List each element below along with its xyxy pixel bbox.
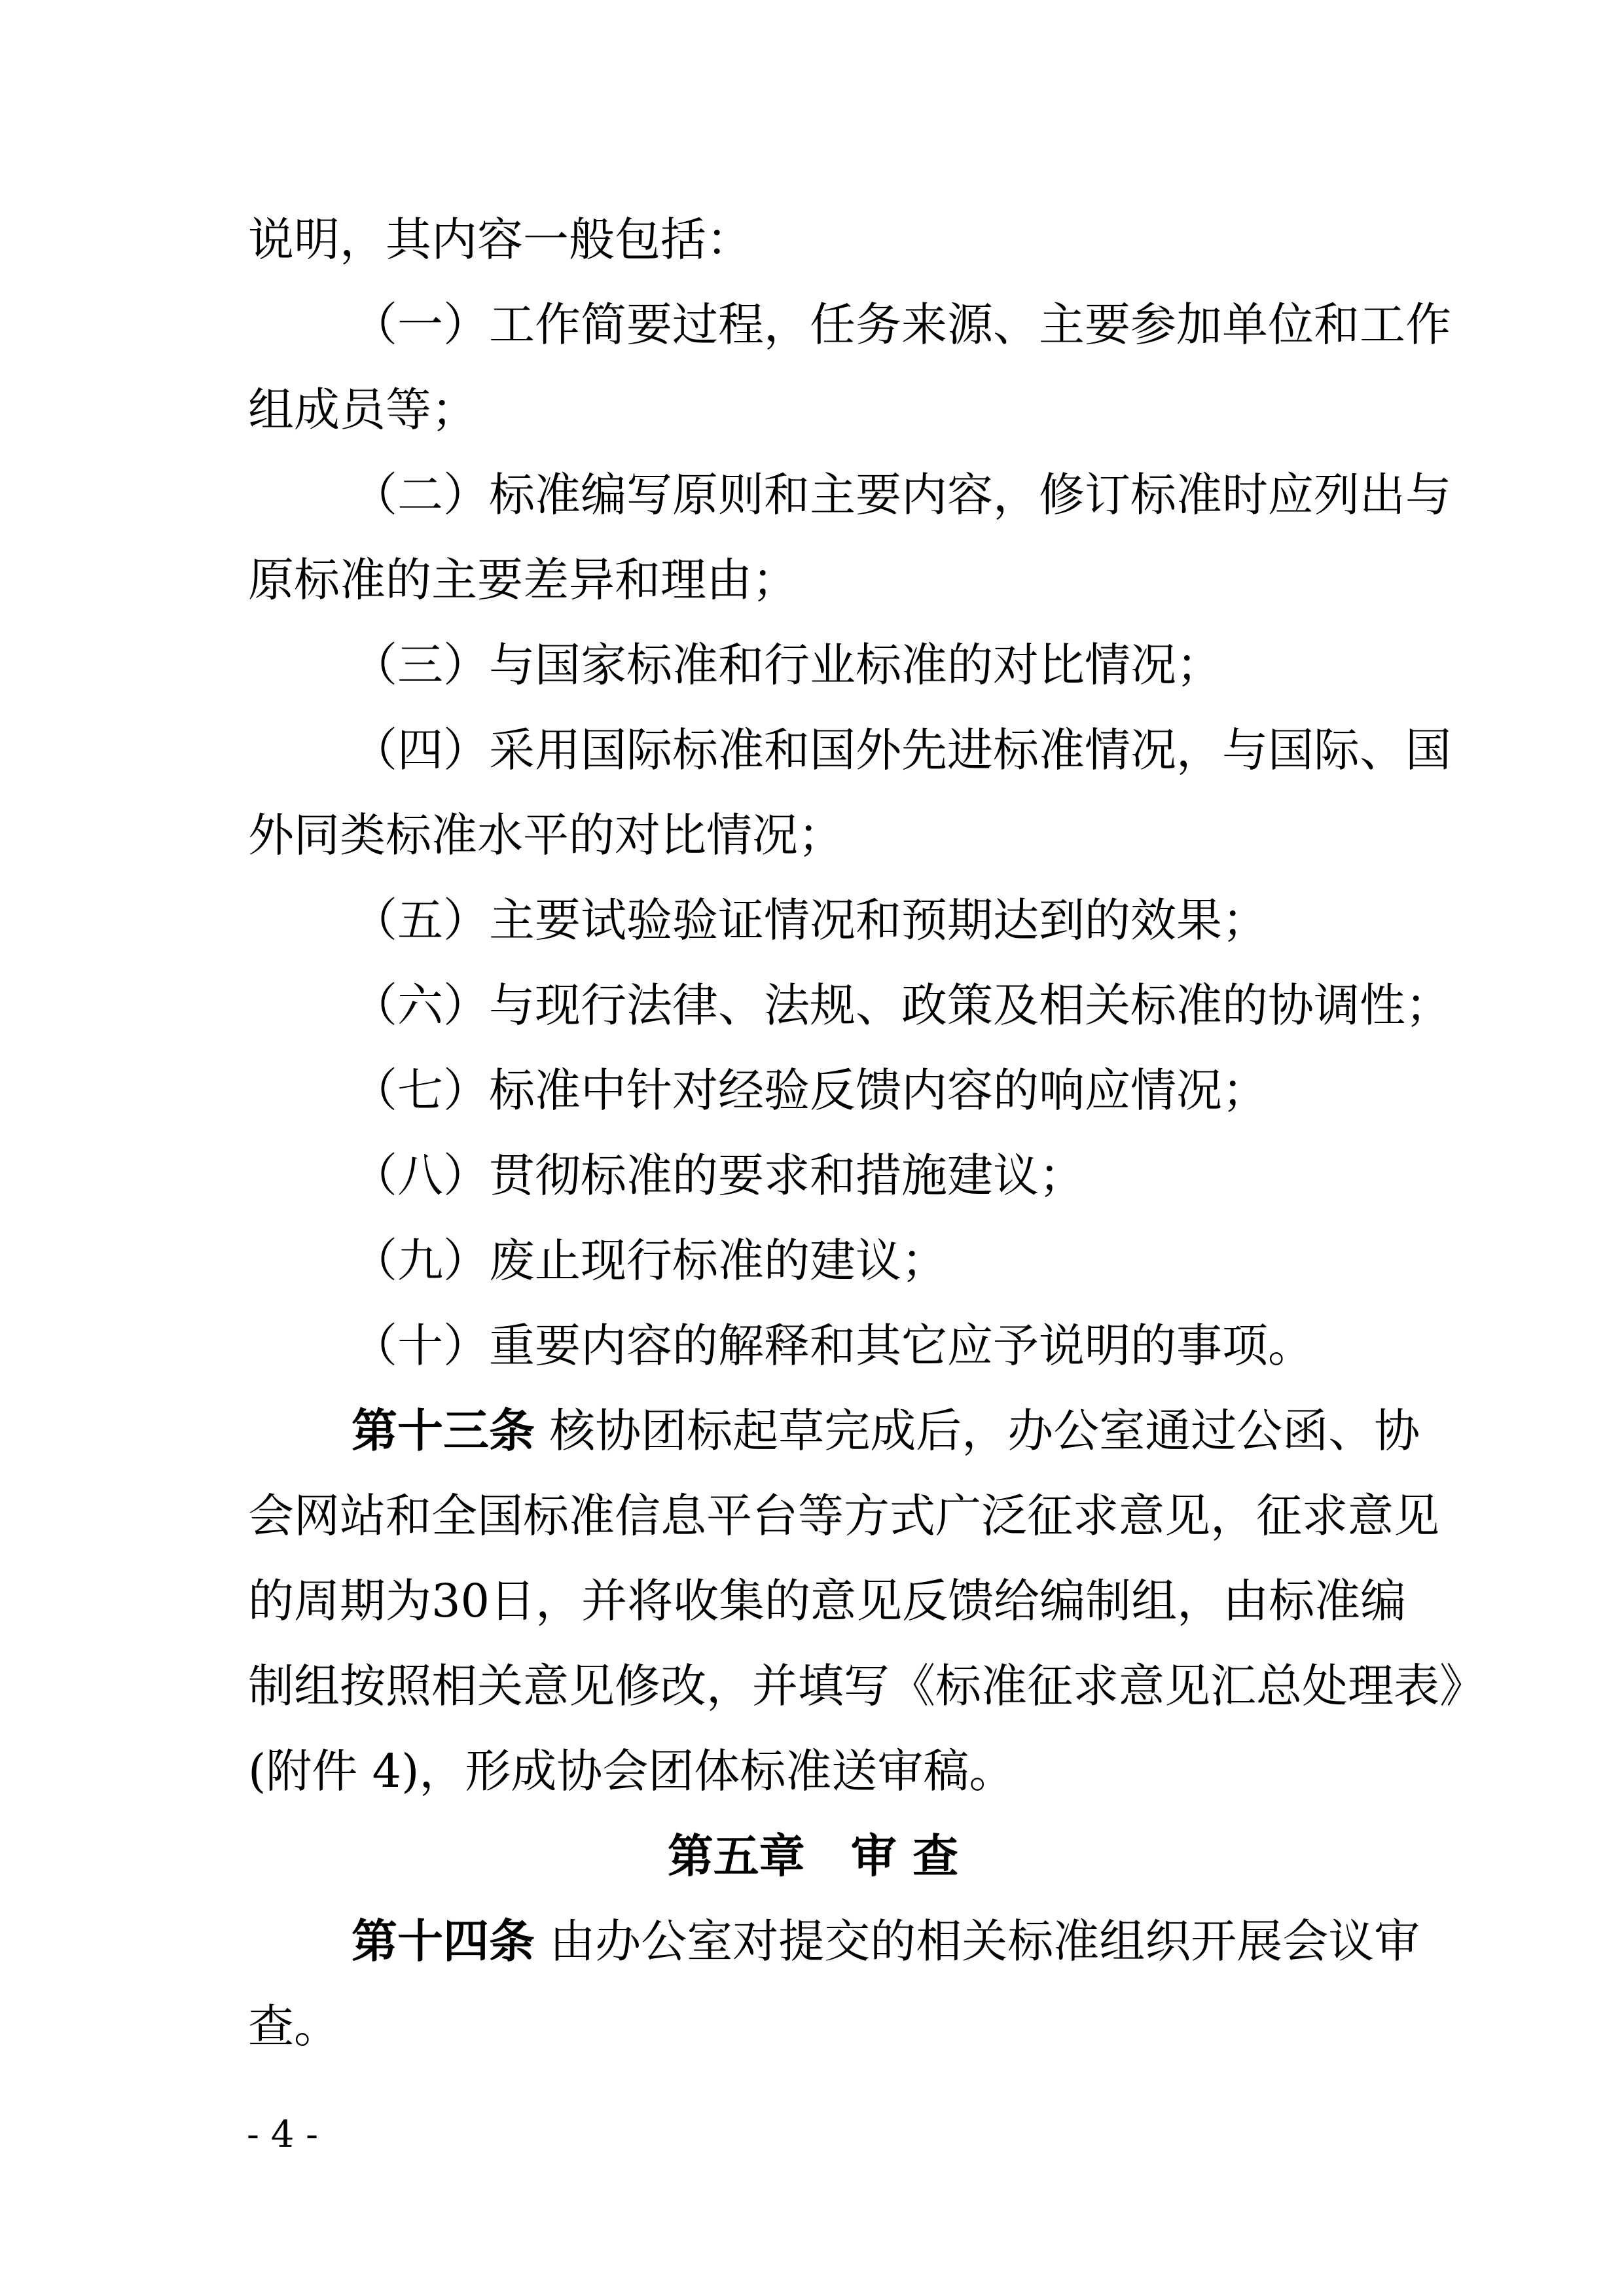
line-text: 查。 (248, 2000, 340, 2053)
list-item-4: （四）采用国际标准和国外先进标准情况，与国际、国 （四）采用国际标准和国外先进标… (248, 708, 1378, 793)
article-14-line: 第十四条由办公室对提交的相关标准组织开展会议审 第十四条 由办公室对提交的相关标… (248, 1899, 1378, 1984)
justified-line-content: 的周期为30日，并将收集的意见反馈给编制组，由标准编 (248, 1558, 1378, 1643)
line-text: 组成员等； (248, 383, 477, 437)
justified-line-content: （六）与现行法律、法规、政策及相关标准的协调性； (352, 963, 1378, 1048)
justified-line-content: 制组按照相关意见修改，并填写《标准征求意见汇总处理表》 (248, 1643, 1378, 1729)
document-page: 说明，其内容一般包括： （一）工作简要过程，任务来源、主要参加单位和工作 （一）… (0, 0, 1624, 2296)
justified-line-content: （四）采用国际标准和国外先进标准情况，与国际、国 (352, 708, 1378, 793)
list-item-3: （三）与国家标准和行业标准的对比情况； (248, 622, 1378, 708)
paragraph-line: 外同类标准水平的对比情况； (248, 793, 1378, 878)
paragraph-line: 原标准的主要差异和理由； (248, 537, 1378, 622)
line-text: （七）标准中针对经验反馈内容的响应情况； (352, 1064, 1268, 1117)
list-item-9: （九）废止现行标准的建议； (248, 1218, 1378, 1303)
chapter-heading-text: 第五章 审 查 (668, 1829, 958, 1883)
article-13-line: 第十三条核协团标起草完成后，办公室通过公函、协 第十三条 核协团标起草完成后，办… (248, 1388, 1378, 1473)
line-text: （三）与国家标准和行业标准的对比情况； (352, 638, 1222, 692)
paragraph-line: (附件 4)，形成协会团体标准送审稿。 (248, 1729, 1378, 1814)
list-item-8: （八）贯彻标准的要求和措施建议； (248, 1133, 1378, 1218)
paragraph-line: 会网站和全国标准信息平台等方式广泛征求意见，征求意见 会网站和全国标准信息平台等… (248, 1473, 1378, 1558)
line-text: 说明，其内容一般包括： (248, 213, 752, 266)
list-item-6: （六）与现行法律、法规、政策及相关标准的协调性； （六）与现行法律、法规、政策及… (248, 963, 1378, 1048)
paragraph-line: 查。 (248, 1984, 1378, 2069)
paragraph-line: 制组按照相关意见修改，并填写《标准征求意见汇总处理表》 制组按照相关意见修改，并… (248, 1643, 1378, 1729)
line-text: （五）主要试验验证情况和预期达到的效果； (352, 893, 1268, 947)
line-text: （九）废止现行标准的建议； (352, 1234, 947, 1287)
list-item-1: （一）工作简要过程，任务来源、主要参加单位和工作 （一）工作简要过程，任务来源、… (248, 282, 1378, 367)
line-text: （八）贯彻标准的要求和措施建议； (352, 1149, 1085, 1202)
chapter-heading: 第五章 审 查 (248, 1814, 1378, 1899)
paragraph-line: 的周期为 30 日，并将收集的意见反馈给编制组，由标准编 的周期为30日，并将收… (248, 1558, 1378, 1643)
list-item-2: （二）标准编写原则和主要内容，修订标准时应列出与 （二）标准编写原则和主要内容，… (248, 452, 1378, 537)
paragraph-line: 组成员等； (248, 367, 1378, 452)
justified-line-content: 第十三条 核协团标起草完成后，办公室通过公函、协 (352, 1388, 1378, 1473)
list-item-5: （五）主要试验验证情况和预期达到的效果； (248, 878, 1378, 963)
body-text: 说明，其内容一般包括： （一）工作简要过程，任务来源、主要参加单位和工作 （一）… (248, 197, 1378, 2069)
justified-line-content: 第十四条 由办公室对提交的相关标准组织开展会议审 (352, 1899, 1378, 1984)
list-item-7: （七）标准中针对经验反馈内容的响应情况； (248, 1048, 1378, 1133)
line-text: (附件 4)，形成协会团体标准送审稿。 (248, 1744, 1015, 1798)
paragraph-line: 说明，其内容一般包括： (248, 197, 1378, 282)
justified-line-content: （二）标准编写原则和主要内容，修订标准时应列出与 (352, 452, 1378, 537)
list-item-10: （十）重要内容的解释和其它应予说明的事项。 (248, 1303, 1378, 1388)
justified-line-content: （一）工作简要过程，任务来源、主要参加单位和工作 (352, 282, 1378, 367)
justified-line-content: 会网站和全国标准信息平台等方式广泛征求意见，征求意见 (248, 1473, 1378, 1558)
page-number: - 4 - (247, 2114, 318, 2156)
line-text: 原标准的主要差异和理由； (248, 553, 798, 607)
line-text: 外同类标准水平的对比情况； (248, 808, 844, 862)
line-text: （十）重要内容的解释和其它应予说明的事项。 (352, 1319, 1314, 1372)
